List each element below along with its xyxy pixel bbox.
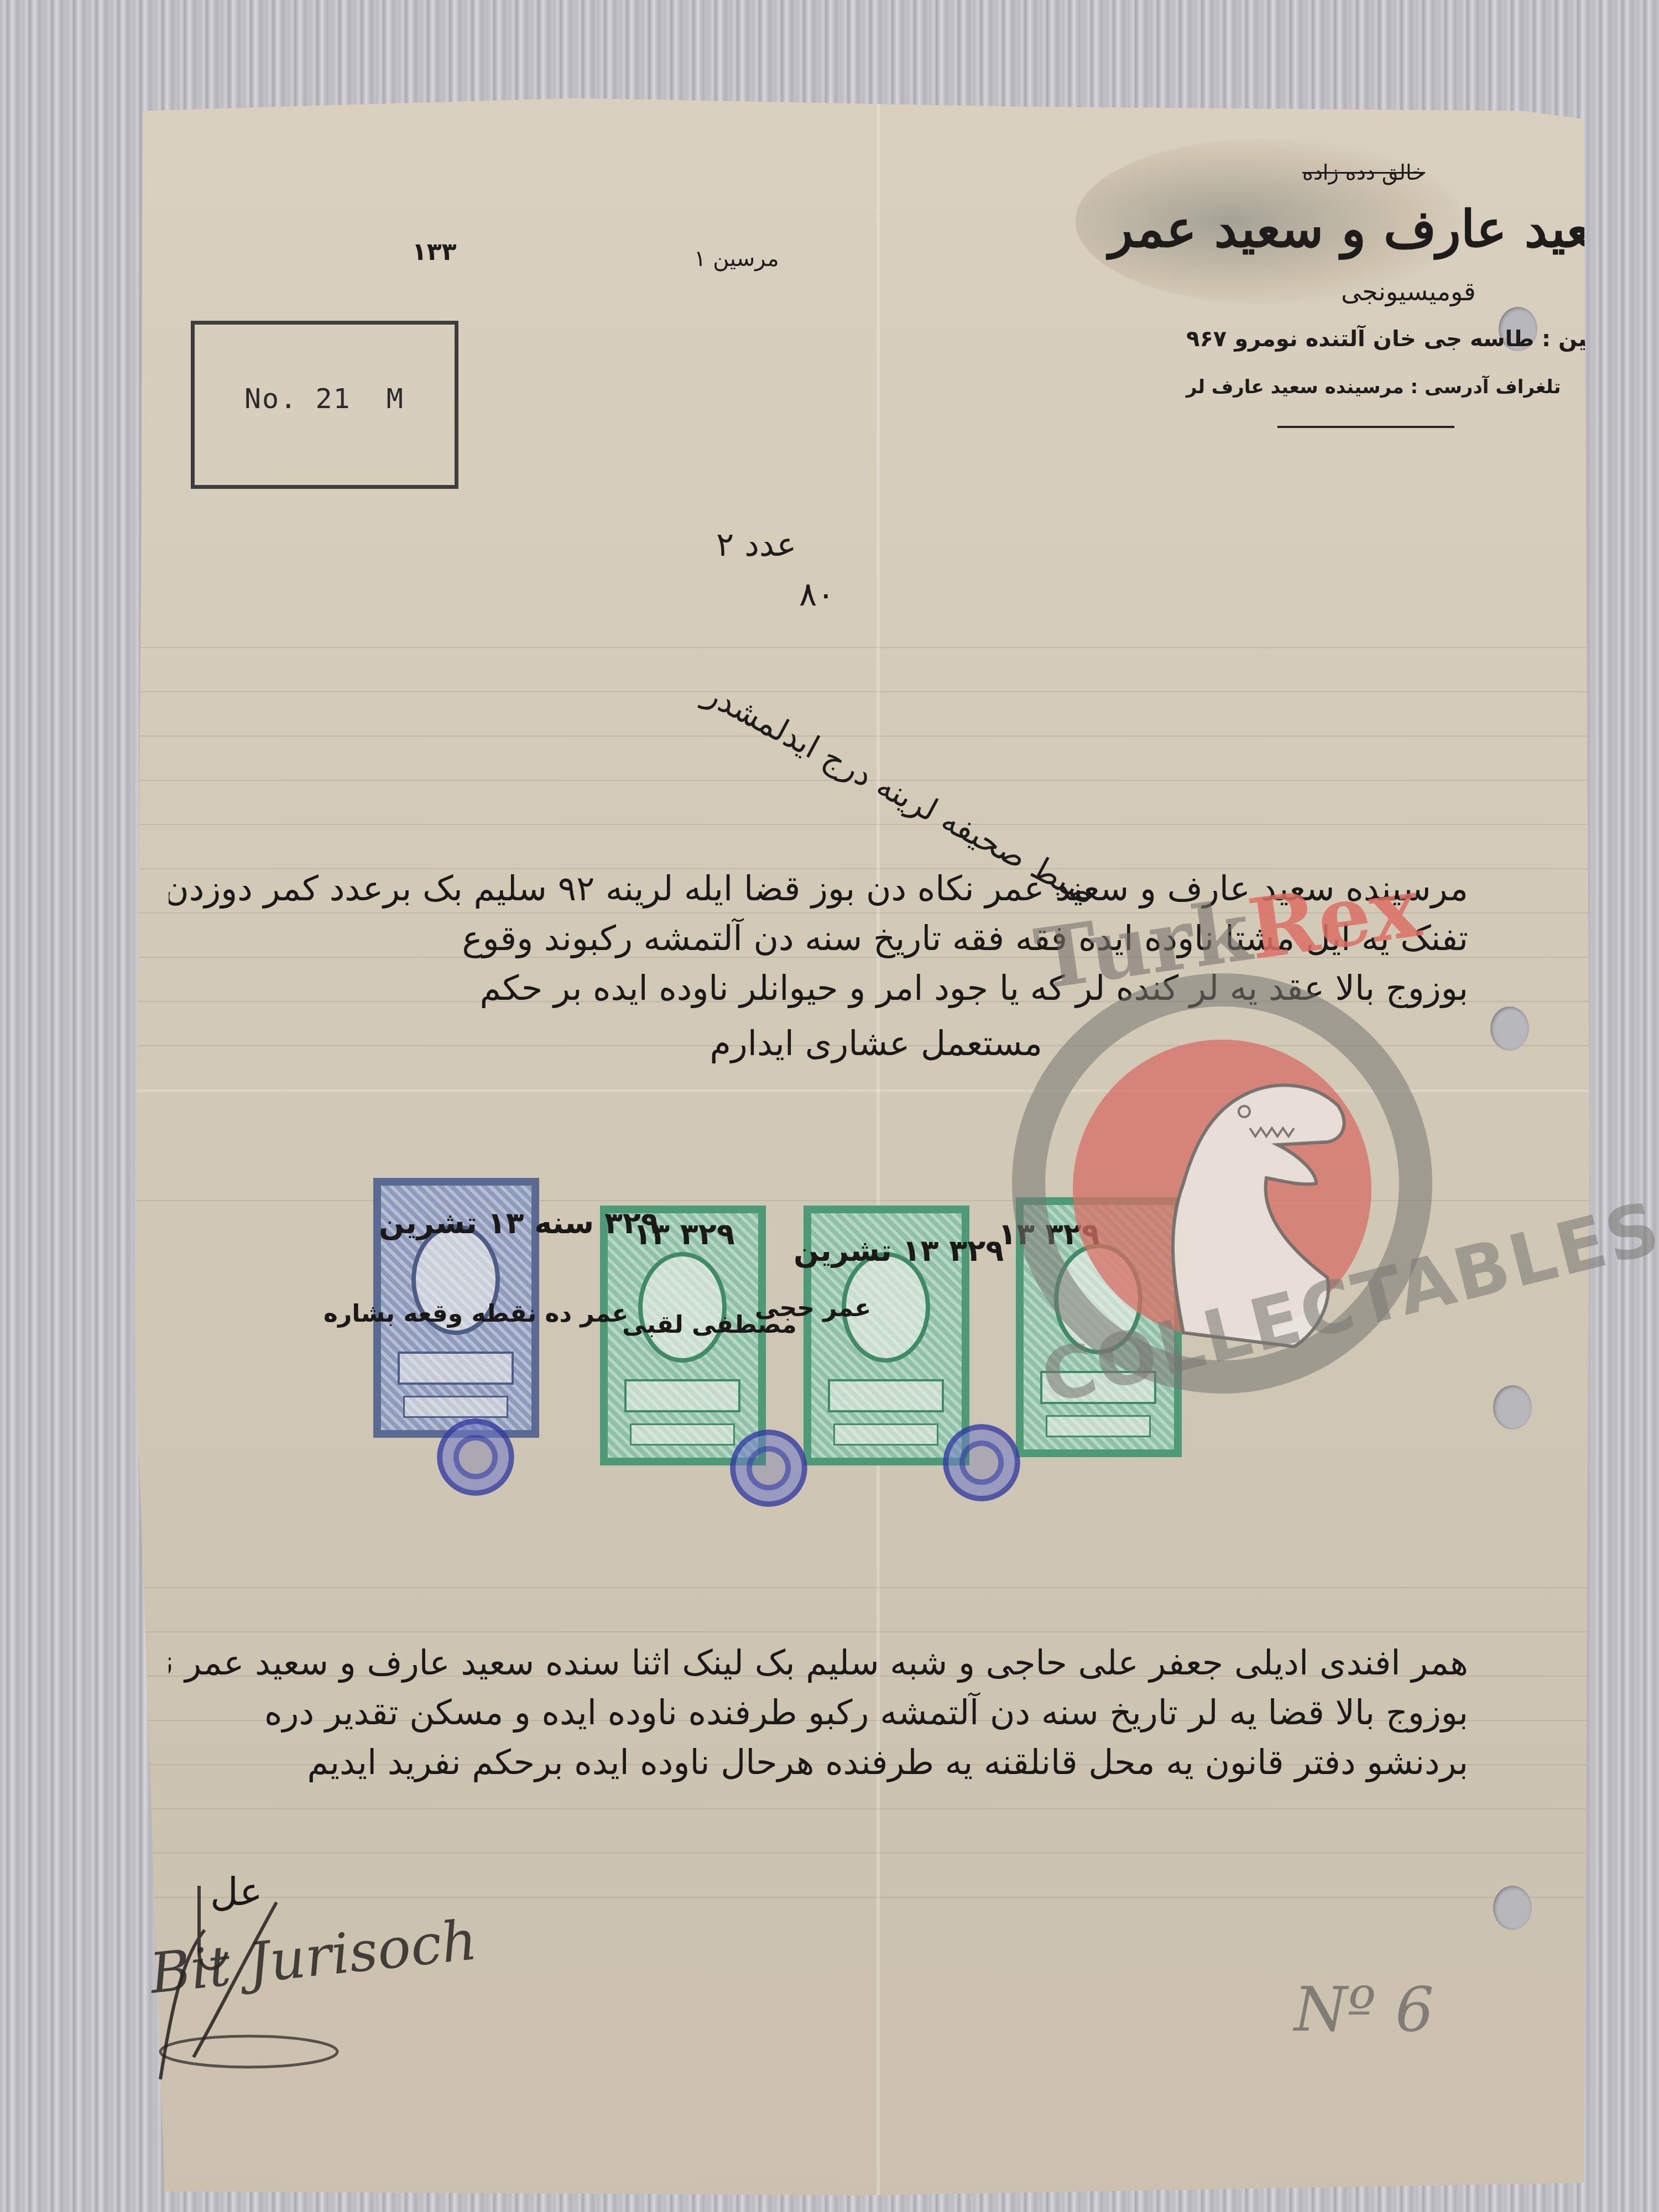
ruled-line	[135, 1631, 1595, 1632]
ruled-line	[135, 735, 1595, 737]
ink-seal	[730, 1430, 807, 1507]
ink-seal	[943, 1424, 1020, 1501]
signature-arabic: عل	[210, 1869, 263, 1914]
tughra-oval	[1054, 1244, 1142, 1354]
ruled-line	[135, 1587, 1595, 1588]
stamp-band	[1040, 1371, 1156, 1404]
punch-hole	[1493, 1886, 1532, 1930]
pencil-note: Nº 6	[1294, 1974, 1434, 2045]
ruled-line	[135, 1200, 1595, 1201]
stamp-band	[828, 1379, 944, 1412]
horizontal-fold	[135, 1089, 1595, 1092]
stamp-cancel-text: ٣٢٩ ۱۳	[633, 1217, 735, 1251]
stamp-cancel-text: ٣٢٩ سنه ١٣ تشرین	[379, 1206, 659, 1240]
paragraph-1-line: بوزوج بالا عقد یه لر کنده لر که یا جود ا…	[169, 968, 1468, 1008]
ruled-line	[135, 691, 1595, 692]
reference-count: عدد ٢	[716, 525, 796, 564]
punch-hole	[1493, 1385, 1532, 1430]
paragraph-2-line: بردنشو دفتر قانون یه محل قانلقنه یه طرفن…	[169, 1742, 1468, 1782]
ruled-line	[135, 824, 1595, 825]
typed-number: No. 21 M	[244, 383, 404, 415]
header-number: ۱۳۳	[412, 238, 457, 266]
letterhead-address: مرسین : طاسه جی خان آلتنده نومرو ۹۶۷	[1186, 326, 1636, 352]
stamp-cancel-text: ٣٢٩ ۱۳ تشرین	[794, 1233, 1004, 1268]
ruled-line	[135, 647, 1595, 648]
paragraph-2-line: بوزوج بالا قضا یه لر تاریخ سنه دن آلتمشه…	[169, 1692, 1468, 1733]
punch-hole	[1490, 1006, 1529, 1051]
ruled-line	[135, 1853, 1595, 1854]
paragraph-1-line: مرسینده سعید عارف و سعید عمر نکاه دن بوز…	[169, 868, 1468, 909]
ink-seal	[437, 1418, 514, 1496]
letterhead-divider	[1277, 426, 1454, 428]
stamp-annotation: عمر ده نقطه وقعه بشاره	[324, 1300, 628, 1328]
stamp-band	[630, 1423, 735, 1446]
stamp-band	[403, 1396, 508, 1418]
stamp-band	[398, 1352, 514, 1385]
stamp-cancel-text: ٣٢٩ ۱۳	[998, 1217, 1100, 1251]
paragraph-1-line: مستعمل عشاری ایدارم	[169, 1023, 1042, 1063]
paragraph-2-line: همر افندی ادیلی جعفر علی حاجی و شبه سلیم…	[169, 1642, 1468, 1683]
typed-number-box: No. 21 M	[191, 321, 458, 489]
ruled-line	[135, 1808, 1595, 1809]
header-city: مرسین ١	[694, 246, 779, 272]
letterhead-telegraph: تلغراف آدرسی : مرسینده سعید عارف لر	[1186, 376, 1561, 398]
stamp-band	[624, 1379, 740, 1412]
stamp-band	[1046, 1415, 1151, 1437]
reference-number: ٨٠	[799, 575, 834, 614]
paragraph-1-line: تفنک یه ایل مشتا ناوده ایده فقه فقه تاری…	[169, 918, 1468, 958]
letterhead-company-name: سعید عارف و سعید عمر	[1109, 199, 1634, 259]
letterhead-subtitle: قومیسیونجی	[1341, 276, 1476, 306]
ruled-line	[135, 912, 1595, 914]
stamp-annotation: عمر حجی	[755, 1294, 871, 1322]
tughra-oval	[638, 1252, 727, 1363]
letterhead-top-line: خالق دده زاده	[1302, 160, 1425, 185]
stamp-band	[833, 1423, 938, 1446]
vertical-fold	[877, 94, 880, 2195]
